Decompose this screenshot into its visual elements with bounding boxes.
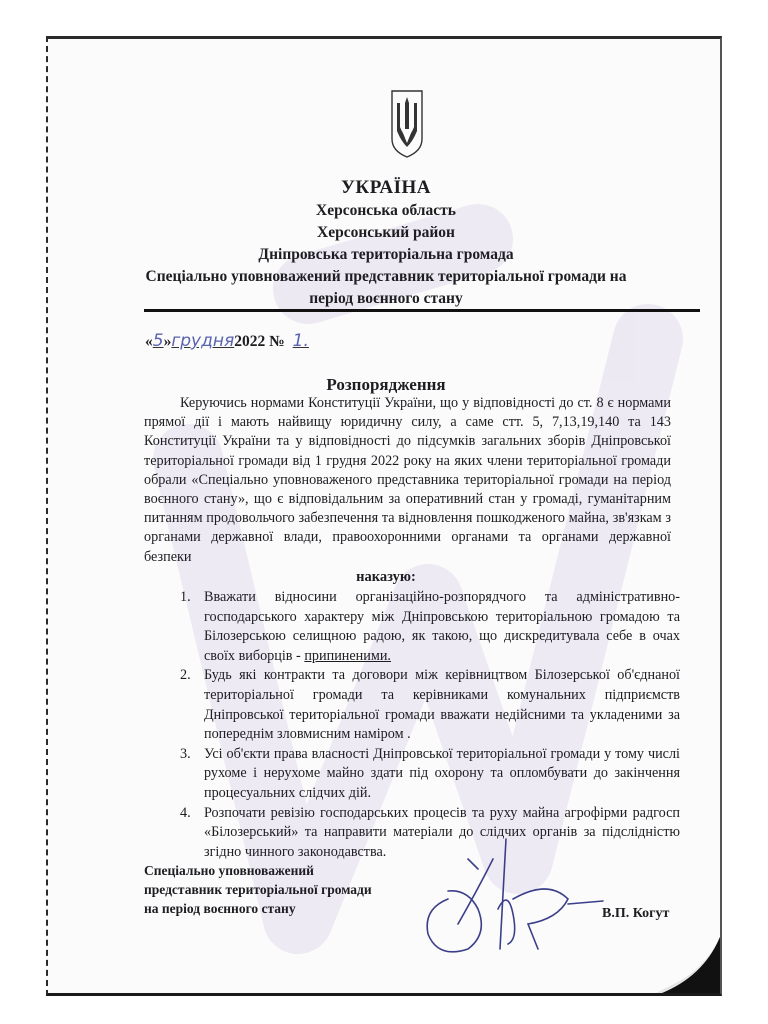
order-item: 3. Усі об'єкти права власності Дніпровсь… bbox=[180, 745, 680, 804]
date-open-quote: « bbox=[145, 333, 153, 350]
order-item: 2. Будь які контракти та договори між ке… bbox=[180, 666, 680, 744]
page-curl bbox=[604, 929, 722, 996]
header-country: УКРАЇНА bbox=[48, 177, 722, 199]
header-authority-line1: Спеціально уповноважений представник тер… bbox=[48, 268, 722, 286]
document-number: 1. bbox=[285, 331, 337, 351]
header-authority-line2: період воєнного стану bbox=[48, 290, 722, 308]
date-year: 2022 bbox=[234, 333, 265, 350]
item-number: 4. bbox=[180, 804, 191, 824]
item-text: Вважати відносини організаційно-розпоряд… bbox=[204, 589, 680, 664]
item-number: 2. bbox=[180, 666, 191, 686]
signatory-title-line3: на період воєнного стану bbox=[144, 899, 372, 918]
number-label: № bbox=[269, 333, 285, 350]
document-preamble: Керуючись нормами Конституції України, щ… bbox=[144, 394, 671, 567]
document-page: УКРАЇНА Херсонська область Херсонський р… bbox=[46, 36, 722, 996]
order-word: наказую: bbox=[48, 569, 722, 586]
order-items-list: 1. Вважати відносини організаційно-розпо… bbox=[180, 588, 680, 862]
trident-emblem-icon bbox=[389, 89, 425, 159]
header-region: Херсонська область bbox=[48, 202, 722, 220]
signatory-title-line2: представник територіальної громади bbox=[144, 880, 372, 899]
date-month: грудня bbox=[171, 331, 234, 351]
header-divider bbox=[144, 309, 700, 312]
date-day: 5 bbox=[153, 331, 164, 351]
signatory-title-line1: Спеціально уповноважений bbox=[144, 861, 372, 880]
item-text: Будь які контракти та договори між керів… bbox=[204, 667, 680, 742]
header-district: Херсонський район bbox=[48, 224, 722, 242]
handwritten-signature bbox=[418, 829, 618, 969]
item-number: 3. bbox=[180, 745, 191, 765]
signatory-title: Спеціально уповноважений представник тер… bbox=[144, 861, 372, 918]
document-title: Розпорядження bbox=[48, 375, 722, 395]
order-item: 1. Вважати відносини організаційно-розпо… bbox=[180, 588, 680, 666]
preamble-text: Керуючись нормами Конституції України, щ… bbox=[144, 394, 671, 567]
item-emphasis: припиненими. bbox=[304, 648, 391, 664]
item-number: 1. bbox=[180, 588, 191, 608]
item-text: Усі об'єкти права власності Дніпровської… bbox=[204, 746, 680, 801]
header-community: Дніпровська територіальна громада bbox=[48, 246, 722, 264]
document-dateline: «5»грудня2022 №1. bbox=[145, 331, 337, 351]
signatory-name: В.П. Когут bbox=[602, 906, 669, 922]
